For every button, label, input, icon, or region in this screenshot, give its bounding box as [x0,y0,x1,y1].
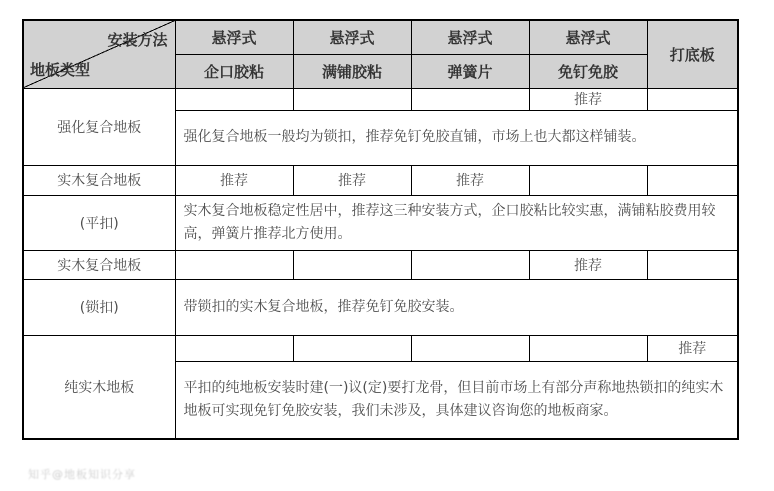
mark-cell [647,165,738,195]
corner-label-install-method: 安装方法 [107,29,167,50]
description-engineered-lock: 带锁扣的实木复合地板，推荐免钉免胶安装。 [175,279,738,335]
mark-cell-recommended: 推荐 [529,88,647,110]
mark-cell [647,88,738,110]
header-type-col3: 悬浮式 [411,20,529,54]
header-type-col1: 悬浮式 [175,20,293,54]
mark-cell [529,335,647,361]
description-engineered-flat: 实木复合地板稳定性居中，推荐这三种安装方式，企口胶粘比较实惠，满铺粘胶费用较高，… [175,195,738,250]
mark-cell [293,335,411,361]
mark-cell [175,88,293,110]
mark-cell [293,88,411,110]
floor-installation-table: 安装方法 地板类型 悬浮式 悬浮式 悬浮式 悬浮式 打底板 企口胶粘 满铺胶粘 … [22,19,739,440]
row-engineered-flat-marks: 实木复合地板 推荐 推荐 推荐 [23,165,738,195]
row-label-engineered-flat: 实木复合地板 [23,165,175,195]
page-background: 安装方法 地板类型 悬浮式 悬浮式 悬浮式 悬浮式 打底板 企口胶粘 满铺胶粘 … [0,0,774,491]
row-label-solid-wood: 纯实木地板 [23,335,175,439]
mark-cell-recommended: 推荐 [529,250,647,279]
mark-cell [175,335,293,361]
row-sublabel-click-lock: (锁扣) [23,279,175,335]
row-engineered-lock-marks: 实木复合地板 推荐 [23,250,738,279]
header-method-col3: 弹簧片 [411,54,529,88]
mark-cell [647,250,738,279]
row-label-engineered-lock: 实木复合地板 [23,250,175,279]
row-engineered-flat-description: (平扣) 实木复合地板稳定性居中，推荐这三种安装方式，企口胶粘比较实惠，满铺粘胶… [23,195,738,250]
corner-diagonal-cell: 安装方法 地板类型 [23,20,175,88]
header-method-col4: 免钉免胶 [529,54,647,88]
row-sublabel-flat-lock: (平扣) [23,195,175,250]
row-engineered-lock-description: (锁扣) 带锁扣的实木复合地板，推荐免钉免胶安装。 [23,279,738,335]
mark-cell-recommended: 推荐 [647,335,738,361]
description-laminate: 强化复合地板一般均为锁扣，推荐免钉免胶直铺，市场上也大都这样铺装。 [175,110,738,165]
mark-cell [411,88,529,110]
mark-cell [175,250,293,279]
mark-cell-recommended: 推荐 [293,165,411,195]
header-type-col4: 悬浮式 [529,20,647,54]
mark-cell-recommended: 推荐 [411,165,529,195]
mark-cell [411,250,529,279]
mark-cell [529,165,647,195]
header-method-col2: 满铺胶粘 [293,54,411,88]
row-solid-wood-marks: 纯实木地板 推荐 [23,335,738,361]
mark-cell [411,335,529,361]
header-method-col1: 企口胶粘 [175,54,293,88]
row-laminate-marks: 强化复合地板 推荐 [23,88,738,110]
corner-label-floor-type: 地板类型 [30,59,90,80]
watermark: 知乎@地板知识分享 [28,466,136,482]
description-solid-wood: 平扣的纯地板安装时建(一)议(定)要打龙骨，但目前市场上有部分声称地热锁扣的纯实… [175,361,738,439]
header-underlay-board: 打底板 [647,20,738,88]
row-label-laminate: 强化复合地板 [23,88,175,165]
mark-cell [293,250,411,279]
header-type-col2: 悬浮式 [293,20,411,54]
mark-cell-recommended: 推荐 [175,165,293,195]
header-row-type: 安装方法 地板类型 悬浮式 悬浮式 悬浮式 悬浮式 打底板 [23,20,738,54]
